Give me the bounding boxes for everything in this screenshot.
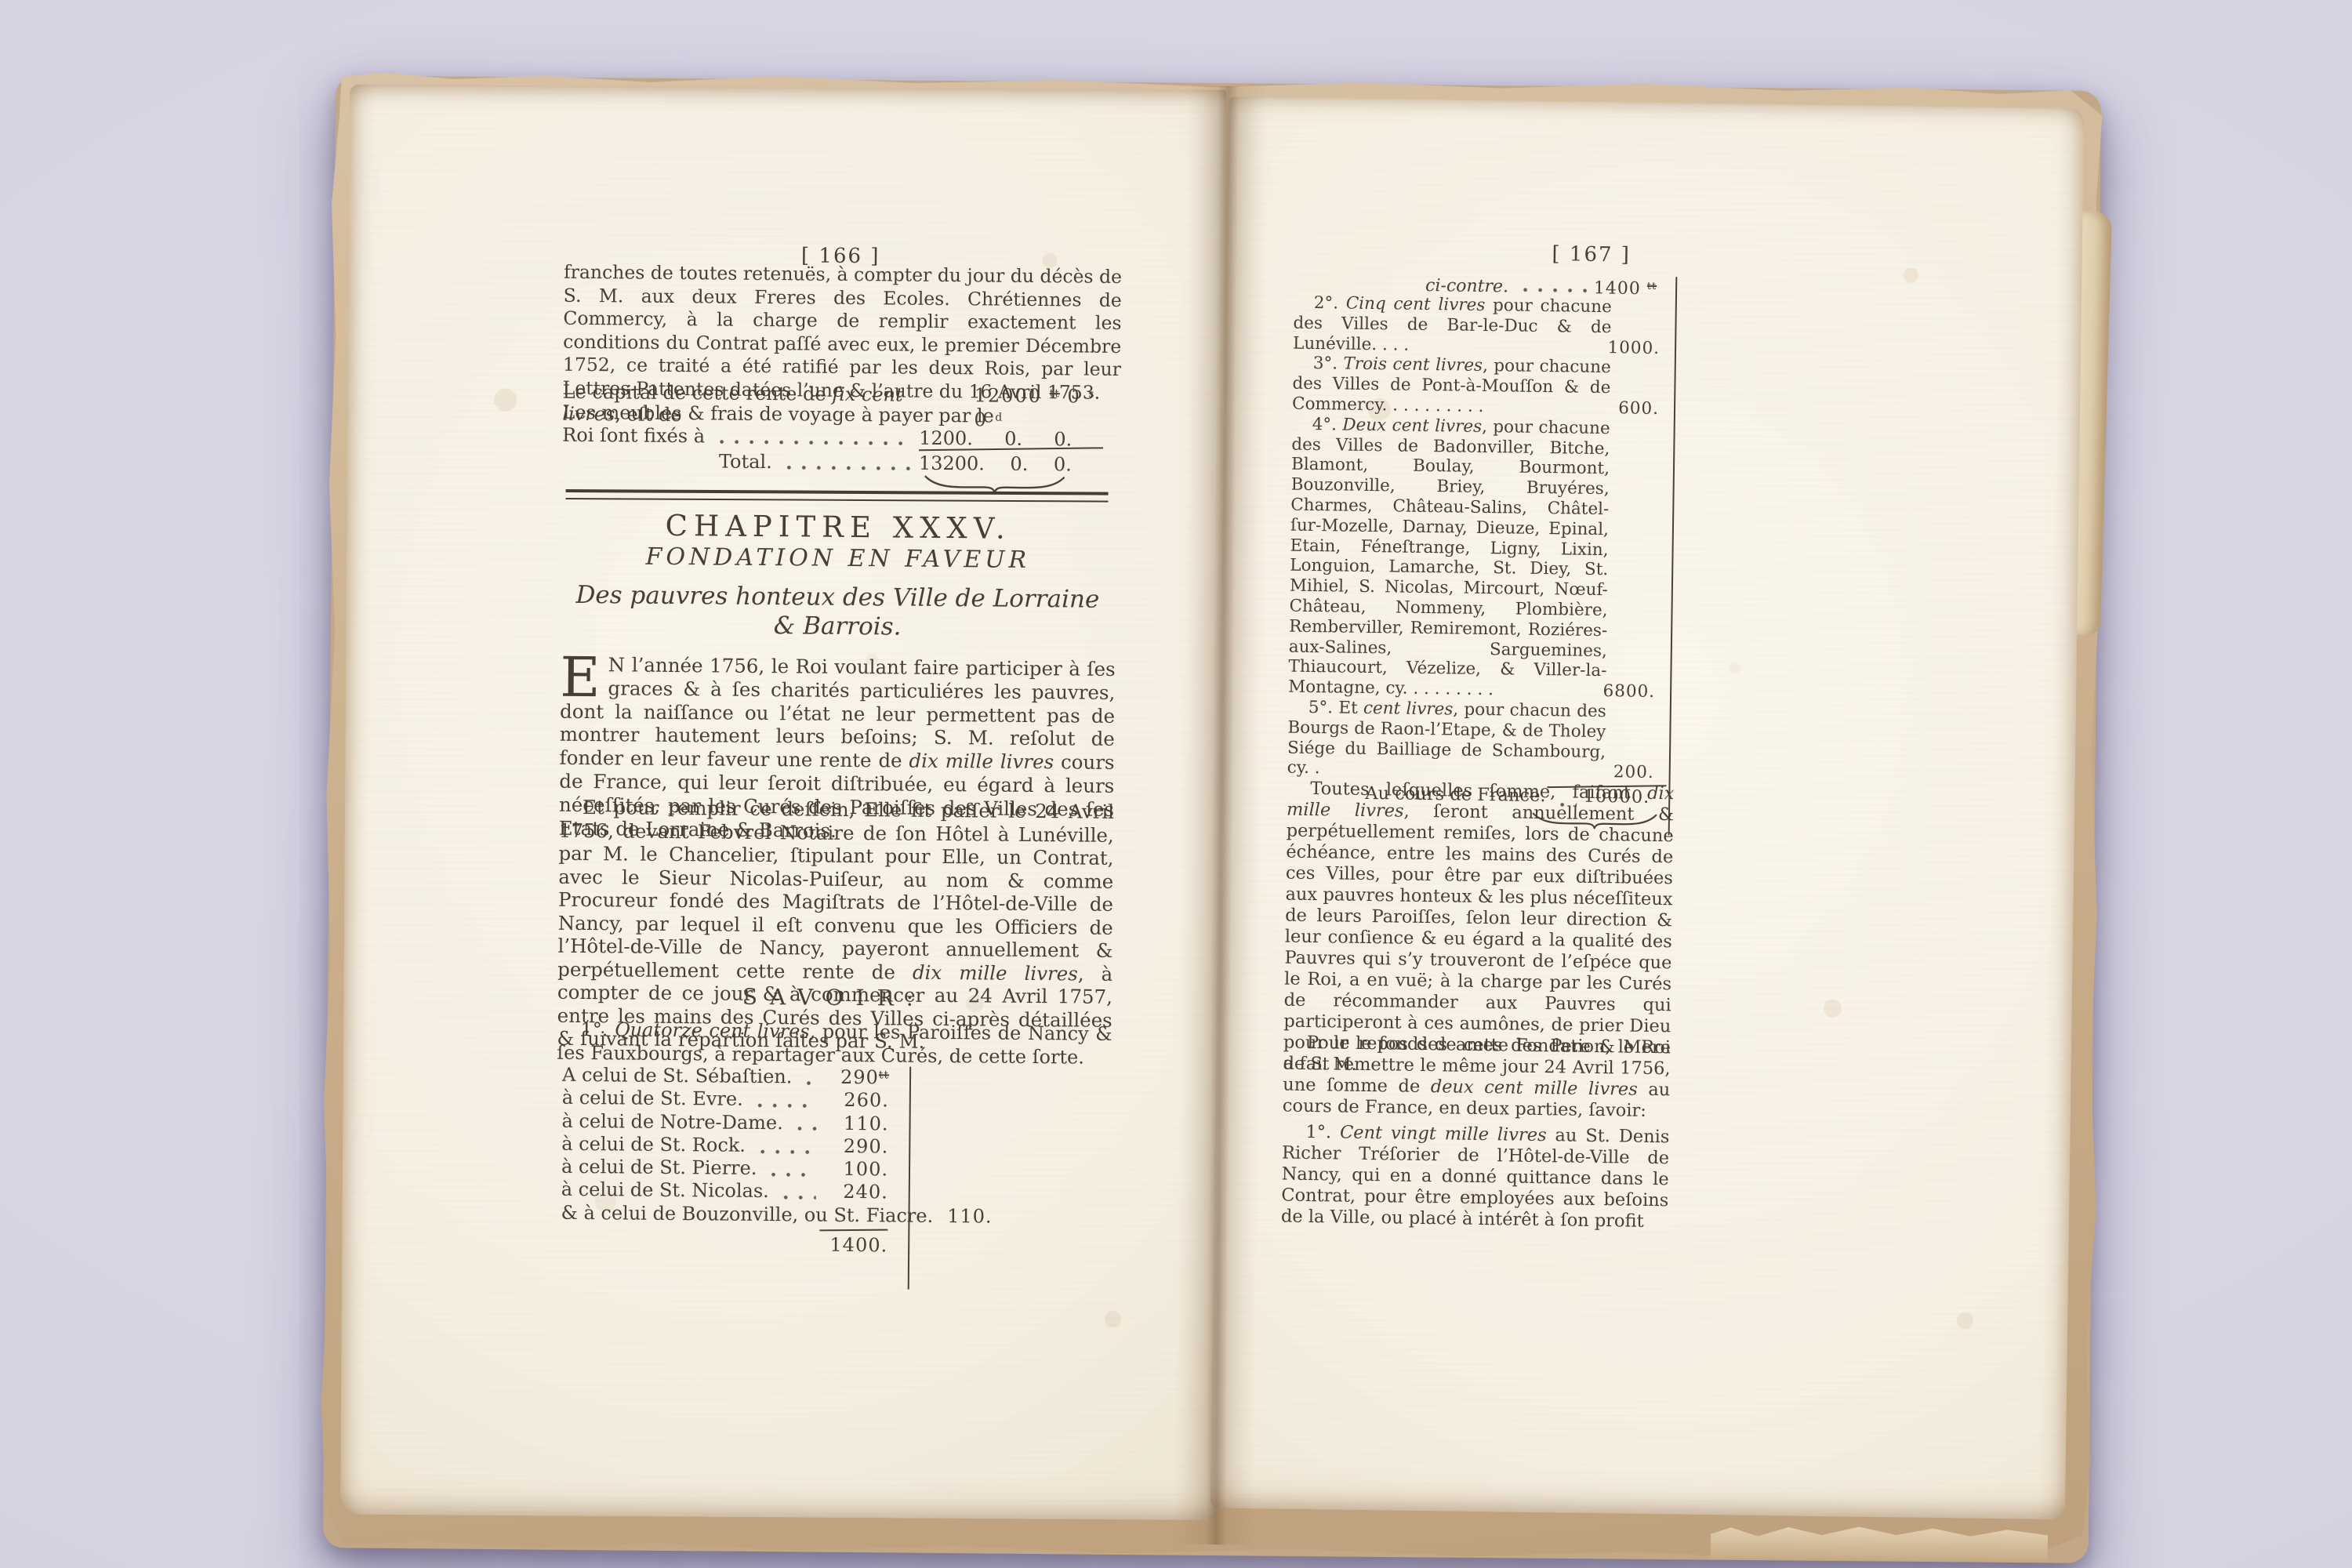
total-amount-deniers: 0.	[1054, 453, 1072, 475]
dot-leader	[1516, 286, 1588, 295]
dot-leader	[791, 1124, 817, 1132]
roi-amount-sols: 0.	[1004, 428, 1022, 450]
page-167-text-layer: [ 167 ] ci-contre. 1400 tt 2°. Cinq cent…	[1210, 97, 2084, 1520]
ledger-item: 3°. Trois cent livres, pour chacune des …	[1292, 354, 1611, 419]
livres-unit-mark: tt	[879, 1069, 889, 1081]
dot-leader	[777, 1193, 816, 1201]
allocation-amount: 260.	[823, 1089, 889, 1112]
ledger-items: 2°. Cinq cent livres pour chacune des Vi…	[1287, 293, 1675, 784]
allocation-label: à celui de St. Rock.	[561, 1133, 746, 1156]
chapter-title: CHAPITRE XXXV.	[561, 508, 1115, 546]
allocation-label: A celui de St. Sébaſtien.	[562, 1064, 793, 1088]
allocation-label: à celui de St. Evre.	[562, 1087, 743, 1110]
roi-label: Roi ſont fixés à	[562, 424, 705, 448]
allocation-row: & à celui de Bouzonville, ou St. Fiacre.…	[561, 1202, 908, 1228]
total-amount-sols: 0.	[1010, 453, 1028, 475]
total-amount-livres: 13200.	[919, 452, 985, 475]
paragraph-fonds: Pour le fonds de cette Fondation, le Roi…	[1283, 1033, 1671, 1123]
dot-leader	[713, 437, 913, 447]
allocation-list: A celui de St. Sébaſtien.290ttà celui de…	[561, 1064, 911, 1290]
ledger-item: 5°. Et cent livres, pour chacun des Bour…	[1287, 698, 1606, 783]
allocation-row: à celui de Notre-Dame.110.	[561, 1109, 909, 1135]
chapter-subtitle: FONDATION EN FAVEUR	[561, 543, 1115, 575]
allocation-label: & à celui de Bouzonville, ou St. Fiacre.	[561, 1202, 933, 1227]
item-1-paragraph: 1°. Quatorze cent livres, pour les Paroi…	[557, 1018, 1112, 1069]
roi-amounts: 1200. 0. 0.	[919, 427, 1072, 451]
chapter-subject-line2: & Barrois.	[561, 610, 1114, 644]
dot-leader	[764, 1171, 816, 1179]
ledger-item-amount: 600.	[1598, 398, 1659, 419]
allocation-label: à celui de St. Pierre.	[561, 1156, 757, 1179]
allocation-total: 1400.	[561, 1232, 887, 1257]
photo-canvas: { "scene": { "background_color": "#d6d3e…	[0, 0, 2352, 1568]
chapter-subject: Des pauvres honteux des Ville de Lorrain…	[561, 581, 1115, 644]
total-row: Total. 13200. 0. 0.	[562, 449, 1116, 477]
allocation-total-rule	[819, 1229, 887, 1232]
dropcap-initial: E	[560, 655, 601, 699]
allocation-label: à celui de Notre-Dame.	[561, 1109, 782, 1133]
ledger-item-text: 2°. Cinq cent livres pour chacune des Vi…	[1293, 293, 1612, 354]
allocation-row: A celui de St. Sébaſtien.290tt	[562, 1064, 909, 1090]
allocation-amount: 110.	[947, 1205, 993, 1228]
ledger-item-text: 4°. Deux cent livres, pour chacune des V…	[1288, 415, 1610, 700]
allocation-amount: 290tt	[823, 1066, 889, 1089]
dot-leader	[800, 1079, 817, 1087]
dot-leader	[780, 463, 913, 472]
ledger-item-amount: 1000.	[1587, 337, 1660, 358]
carry-amount: 1400 tt	[1594, 276, 1657, 299]
ledger-item: 2°. Cinq cent livres pour chacune des Vi…	[1293, 293, 1612, 358]
allocation-amount: 240.	[822, 1181, 888, 1203]
paragraph-et-pour: Et pour remplir ce deſſein, Elle fit paſ…	[557, 796, 1114, 1055]
ledger-item-amount: 200.	[1593, 762, 1654, 783]
livres-unit-mark: tt	[1647, 281, 1657, 292]
ledger-item-text: 3°. Trois cent livres, pour chacune des …	[1292, 354, 1611, 416]
chapter-subject-line1: Des pauvres honteux des Ville de Lorrain…	[561, 581, 1114, 615]
paragraph-cent-vingt: 1°. Cent vingt mille livres au St. Denis…	[1281, 1122, 1670, 1233]
open-book: [ 166 ] franches de toutes retenuës, à c…	[331, 78, 2092, 1552]
ledger-item-amount: 6800.	[1582, 681, 1655, 702]
ledger-block: ci-contre. 1400 tt 2°. Cinq cent livres …	[1287, 272, 1678, 836]
allocation-amount: 290.	[822, 1135, 888, 1158]
roi-amount-livres: 1200.	[919, 427, 973, 450]
savoir-heading: SAVOIR:	[557, 982, 1111, 1013]
ledger-item-text: 5°. Et cent livres, pour chacun des Bour…	[1287, 698, 1606, 779]
dot-leader	[751, 1101, 817, 1109]
capital-amount: 12000 tt 0 s 0 d	[974, 382, 1109, 431]
allocation-row: à celui de St. Nicolas.240.	[561, 1178, 909, 1204]
allocation-amount: 100.	[822, 1158, 888, 1181]
dot-leader	[753, 1147, 816, 1156]
allocation-row: à celui de St. Pierre.100.	[561, 1156, 909, 1181]
allocation-row: à celui de St. Evre.260.	[562, 1087, 909, 1112]
allocation-amount: 110.	[822, 1112, 888, 1134]
capital-block: Le capital de cette rente de ſix cent li…	[562, 379, 1116, 477]
page-number-167: [ 167 ]	[1521, 242, 1662, 267]
total-label: Total.	[719, 451, 772, 474]
allocation-label: à celui de St. Nicolas.	[561, 1178, 769, 1202]
total-amounts: 13200. 0. 0.	[919, 452, 1072, 476]
ledger-item: 4°. Deux cent livres, pour chacune des V…	[1288, 414, 1610, 702]
allocation-row: à celui de St. Rock.290.	[561, 1133, 909, 1159]
